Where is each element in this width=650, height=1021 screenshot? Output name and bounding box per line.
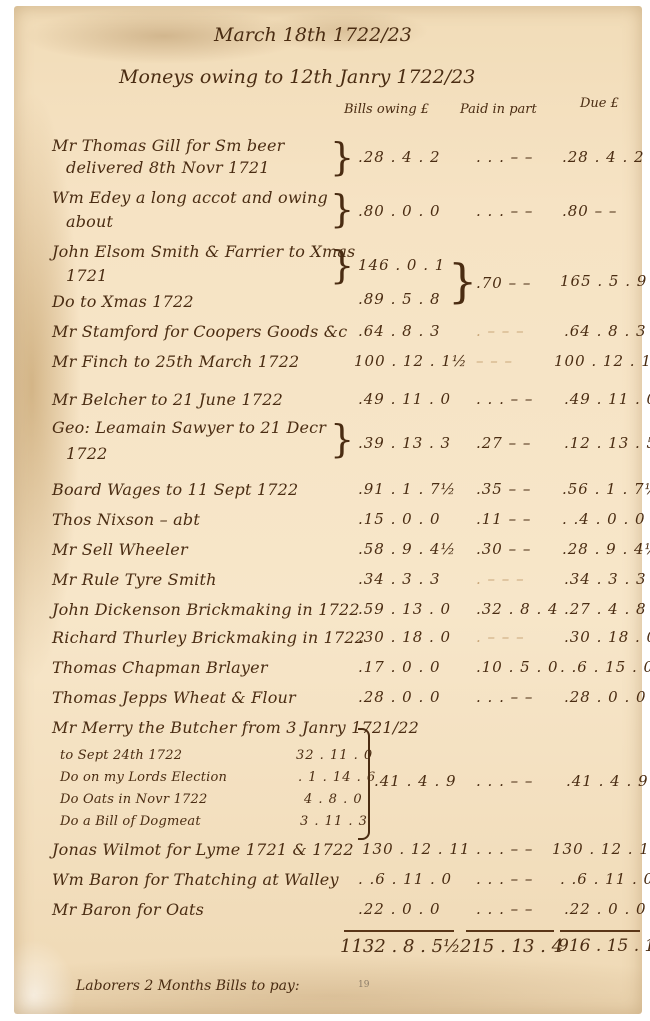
due-amount: .56 . 1 . 7½ (562, 480, 650, 498)
bill-amount: .89 . 5 . 8 (358, 290, 441, 308)
entry-description: Mr Belcher to 21 June 1722 (52, 390, 283, 409)
due-amount: .27 . 4 . 8 (564, 600, 647, 618)
butcher-line: Do on my Lords Election (60, 770, 227, 785)
paid-amount: . . . – – (476, 202, 533, 220)
due-amount: .80 – – (562, 202, 617, 220)
paid-amount: . . . – – (476, 840, 533, 858)
paid-amount: .35 – – (476, 480, 531, 498)
due-amount: .30 . 18 . 0 (564, 628, 650, 646)
entry-description: Thomas Chapman Brlayer (52, 658, 268, 677)
paid-amount: .32 . 8 . 4 (476, 600, 559, 618)
column-header-bills-owing: Bills owing £ (344, 102, 429, 117)
entry-description: Board Wages to 11 Sept 1722 (52, 480, 298, 499)
entry-description-cont: 1721 (66, 266, 108, 285)
bill-amount: . .6 . 11 . 0 (358, 870, 452, 888)
paid-amount: .10 . 5 . 0 (476, 658, 559, 676)
paid-amount: .30 – – (476, 540, 531, 558)
total-rule (560, 930, 640, 932)
column-header-due: Due £ (580, 96, 619, 111)
bill-amount: .28 . 4 . 2 (358, 148, 441, 166)
butcher-line: to Sept 24th 1722 (60, 748, 182, 763)
brace: } (448, 258, 477, 304)
bill-amount: 100 . 12 . 1½ (354, 352, 467, 370)
paid-amount: . . . – – (476, 148, 533, 166)
entry-description: Mr Finch to 25th March 1722 (52, 352, 299, 371)
paid-amount: . . . – – (476, 688, 533, 706)
bill-amount: .64 . 8 . 3 (358, 322, 441, 340)
paid-amount: . . . – – (476, 390, 533, 408)
paid-amount: . . . – – (476, 772, 533, 790)
total-paid-in-part: 215 . 13 . 4 (460, 936, 563, 957)
entry-description: Do to Xmas 1722 (52, 292, 194, 311)
due-amount: .28 . 9 . 4½ (562, 540, 650, 558)
bill-amount: .41 . 4 . 9 (374, 772, 457, 790)
brace (358, 728, 370, 840)
entry-description-cont: delivered 8th Novr 1721 (66, 158, 270, 177)
bill-amount: .58 . 9 . 4½ (358, 540, 456, 558)
heading: Moneys owing to 12th Janry 1722/23 (119, 66, 475, 88)
bill-amount: 146 . 0 . 1 (358, 256, 445, 274)
brace: } (330, 420, 354, 458)
due-amount: 165 . 5 . 9 (560, 272, 647, 290)
brace: } (330, 246, 354, 284)
brace: } (330, 138, 354, 176)
due-amount: .41 . 4 . 9 (566, 772, 649, 790)
column-header-paid-in-part: Paid in part (460, 102, 537, 117)
manuscript-page: March 18th 1722/23 Moneys owing to 12th … (14, 6, 642, 1014)
entry-description: Mr Sell Wheeler (52, 540, 188, 559)
butcher-line-amount: 4 . 8 . 0 (304, 792, 363, 807)
due-amount: . .6 . 15 . 0 (560, 658, 650, 676)
bill-amount: .49 . 11 . 0 (358, 390, 451, 408)
due-amount: .34 . 3 . 3 (564, 570, 647, 588)
due-amount: . .4 . 0 . 0 (562, 510, 646, 528)
bill-amount: .28 . 0 . 0 (358, 688, 441, 706)
bill-amount: .80 . 0 . 0 (358, 202, 441, 220)
paid-amount: . – – – (476, 628, 525, 646)
paid-amount: . – – – (476, 570, 525, 588)
entry-description: Thomas Jepps Wheat & Flour (52, 688, 296, 707)
entry-description: Mr Thomas Gill for Sm beer (52, 136, 285, 155)
bill-amount: .17 . 0 . 0 (358, 658, 441, 676)
entry-description: Mr Stamford for Coopers Goods &c (52, 322, 347, 341)
total-rule (466, 930, 554, 932)
entry-description: John Elsom Smith & Farrier to Xmas (52, 242, 355, 261)
due-amount: .12 . 13 . 5 (564, 434, 650, 452)
folio-mark: 19 (358, 980, 369, 990)
paid-amount: – – – (476, 352, 513, 370)
bill-amount: .22 . 0 . 0 (358, 900, 441, 918)
entry-description-cont: 1722 (66, 444, 108, 463)
total-due: 916 . 15 . 1½ (558, 936, 650, 956)
due-amount: .22 . 0 . 0 (564, 900, 647, 918)
entry-description-cont: about (66, 212, 113, 231)
bill-amount: 130 . 12 . 11 (362, 840, 470, 858)
due-amount: 100 . 12 . 1½ (554, 352, 650, 370)
entry-description: Mr Baron for Oats (52, 900, 204, 919)
butcher-line: Do a Bill of Dogmeat (60, 814, 201, 829)
date-line: March 18th 1722/23 (214, 24, 412, 46)
entry-description: Richard Thurley Brickmaking in 1722 (52, 628, 365, 647)
due-amount: .64 . 8 . 3 (564, 322, 647, 340)
due-amount: . .6 . 11 . 0 (560, 870, 650, 888)
due-amount: .49 . 11 . 0 (564, 390, 650, 408)
total-bills-owing: 1132 . 8 . 5½ (340, 936, 461, 957)
entry-description: Wm Baron for Thatching at Walley (52, 870, 339, 889)
entry-description: Jonas Wilmot for Lyme 1721 & 1722 (52, 840, 354, 859)
paid-amount: .27 – – (476, 434, 531, 452)
bill-amount: .91 . 1 . 7½ (358, 480, 456, 498)
total-rule (344, 930, 454, 932)
paid-amount: .70 – – (476, 274, 531, 292)
bill-amount: .39 . 13 . 3 (358, 434, 451, 452)
brace: } (330, 190, 354, 228)
paid-amount: . . . – – (476, 900, 533, 918)
bill-amount: .15 . 0 . 0 (358, 510, 441, 528)
due-amount: .28 . 4 . 2 (562, 148, 645, 166)
bill-amount: .59 . 13 . 0 (358, 600, 451, 618)
paid-amount: . . . – – (476, 870, 533, 888)
paid-amount: .11 – – (476, 510, 531, 528)
bill-amount: .30 . 18 . 0 (358, 628, 451, 646)
due-amount: .28 . 0 . 0 (564, 688, 647, 706)
entry-description: Geo: Leamain Sawyer to 21 Decr (52, 418, 326, 437)
butcher-line: Do Oats in Novr 1722 (60, 792, 207, 807)
bill-amount: .34 . 3 . 3 (358, 570, 441, 588)
due-amount: 130 . 12 . 11 (552, 840, 650, 858)
paid-amount: . – – – (476, 322, 525, 340)
entry-description: John Dickenson Brickmaking in 1722 (52, 600, 360, 619)
footer-note: Laborers 2 Months Bills to pay: (76, 978, 300, 994)
entry-description: Wm Edey a long accot and owing (52, 188, 328, 207)
entry-description: Mr Rule Tyre Smith (52, 570, 217, 589)
entry-description: Thos Nixson – abt (52, 510, 200, 529)
